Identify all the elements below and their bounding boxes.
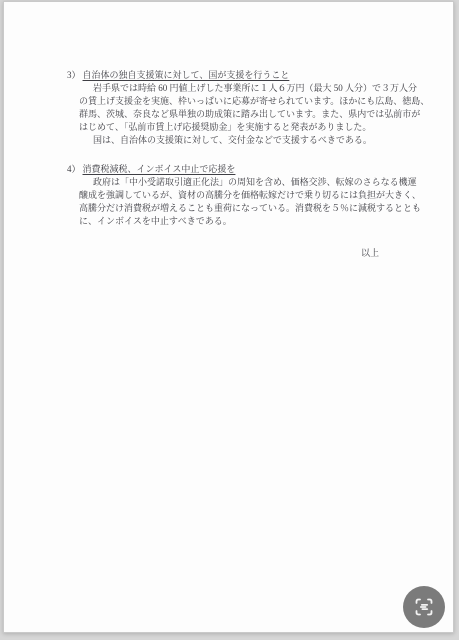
document-page: 3）自治体の独自支援策に対して、国が支援を行うこと 岩手県では時給 60 円値上…	[3, 1, 454, 633]
closing-text: 以上	[67, 247, 379, 260]
section-4: 4）消費税減税、インボイス中止で応援を 政府は「中小受諾取引適正化法」の周知を含…	[67, 162, 397, 228]
body-line: 岩手県では時給 60 円値上げした事業所に１人６万円（最大 50 人分）で３万人…	[79, 82, 397, 95]
body-line: 国は、自治体の支援策に対して、交付金などで支援するべきである。	[79, 134, 397, 147]
document-text: 3）自治体の独自支援策に対して、国が支援を行うこと 岩手県では時給 60 円値上…	[67, 68, 397, 260]
body-line: に、インボイスを中止すべきである。	[79, 215, 397, 228]
document-scan-icon	[412, 595, 436, 619]
body-line: 醸成を強調しているが、資材の高騰分を価格転嫁だけで乗り切るには負担が大きく、	[79, 189, 397, 202]
body-line: はじめて、「弘前市賃上げ応援奨励金」を実施すると発表がありました。	[79, 121, 397, 134]
section-3: 3）自治体の独自支援策に対して、国が支援を行うこと 岩手県では時給 60 円値上…	[67, 68, 397, 147]
section-heading: 3）自治体の独自支援策に対して、国が支援を行うこと	[67, 68, 397, 82]
section-heading-text: 消費税減税、インボイス中止で応援を	[83, 164, 236, 174]
section-number: 3）	[67, 70, 81, 80]
body-line: 政府は「中小受諾取引適正化法」の周知を含め、価格交渉、転嫁のさらなる機運	[79, 176, 397, 189]
body-line: 群馬、茨城、奈良など県単独の助成策に踏み出しています。また、県内では弘前市が	[79, 108, 397, 121]
scan-document-button[interactable]	[403, 586, 445, 628]
section-heading: 4）消費税減税、インボイス中止で応援を	[67, 162, 397, 176]
body-line: の賃上げ支援金を実施、枠いっぱいに応募が寄せられています。ほかにも広島、徳島、	[79, 95, 397, 108]
section-heading-text: 自治体の独自支援策に対して、国が支援を行うこと	[83, 70, 290, 80]
body-line: 高騰分だけ消費税が増えることも重荷になっている。消費税を５％に減税するととも	[79, 202, 397, 215]
section-number: 4）	[67, 164, 81, 174]
